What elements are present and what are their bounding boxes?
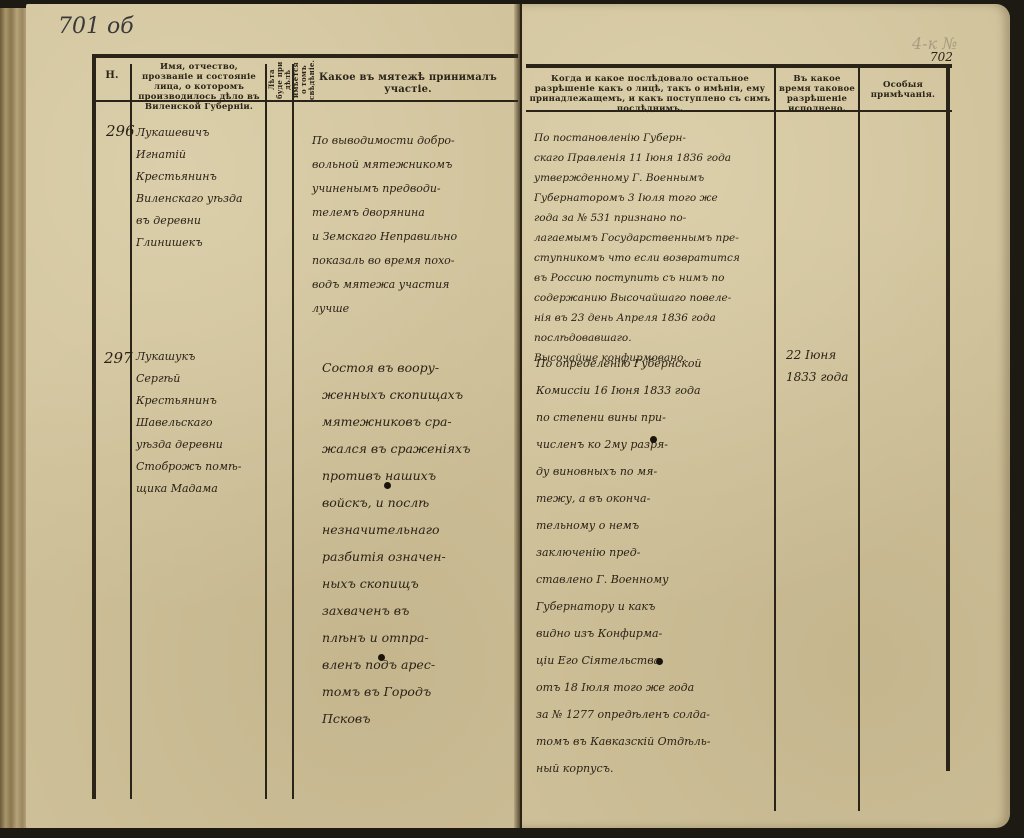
page-stack-edge [0,8,28,828]
participation-line: войскъ, и послѣ [322,489,470,516]
open-register-book: 701 об Н. Имя, отчество, прозваніе и сос… [0,0,1024,838]
binding-hole [384,482,391,489]
resolution-line: ціи Его Сіятельства [536,647,711,674]
entry-name-line: Стоброжъ помѣ- [136,456,241,478]
resolution-line: въ Россию поступить съ нимъ по [534,268,740,288]
entry-name-line: Лукашевичъ [136,122,243,144]
column-rule-3 [292,64,294,799]
participation-line: разбитія означен- [322,543,470,570]
entry-name-line: Сергѣй [136,368,241,390]
entry-name-line: уѣзда деревни [136,434,241,456]
entry-name-block: Лукашевичъ Игнатій Крестьянинъ Виленскаг… [136,122,243,254]
resolution-line: за № 1277 опредѣленъ солда- [536,701,711,728]
entry-number: 296 [106,122,135,140]
resolution-line: нія въ 23 день Апреля 1836 года [534,308,740,328]
resolution-line: ду виновныхъ по мя- [536,458,711,485]
resolution-line: послѣдовавшаго. [534,328,740,348]
participation-line: водъ мятежа участия [312,273,457,297]
participation-line: вленъ подъ арес- [322,651,470,678]
resolution-line: Губернаторомъ 3 Іюля того же [534,188,740,208]
participation-line: захваченъ въ [322,597,470,624]
resolution-line: по степени вины при- [536,404,711,431]
participation-line: вольной мятежникомъ [312,153,457,177]
participation-line: плѣнъ и отпра- [322,624,470,651]
participation-line: показаль во время похо- [312,249,457,273]
resolution-line: По постановленію Губерн- [534,128,740,148]
header-top-rule [94,54,518,58]
entry-name-line: Виленскаго уѣзда [136,188,243,210]
entry-name-line: Лукашукъ [136,346,241,368]
resolution-line: содержанию Высочайшаго повеле- [534,288,740,308]
resolution-line: По определенію Губернской [536,350,711,377]
column-rule-outer-left [92,54,96,799]
entry-participation-block: По выводимости добро- вольной мятежником… [312,129,457,321]
column-rule-2 [265,64,267,799]
participation-line: лучше [312,297,457,321]
participation-line: незначительнаго [322,516,470,543]
column-rule-outer-right [946,64,950,771]
resolution-line: тежу, а въ оконча- [536,485,711,512]
participation-line: томъ въ Городъ [322,678,470,705]
entry-number: 297 [104,349,133,367]
entry-name-line: Глинишекъ [136,232,243,254]
entry-resolution-block: По постановленію Губерн- скаго Правленія… [534,128,740,368]
participation-line: и Земскаго Неправильно [312,225,457,249]
binding-hole [378,654,385,661]
resolution-line: скаго Правленія 11 Іюня 1836 года [534,148,740,168]
resolution-line: Комиссіи 16 Іюня 1833 года [536,377,711,404]
resolution-line: тельному о немъ [536,512,711,539]
page-number: 702 [930,50,953,64]
resolution-line: ступникомъ что если возвратится [534,248,740,268]
binding-hole [650,436,657,443]
column-rule-1 [774,66,776,811]
resolution-line: заключенію пред- [536,539,711,566]
participation-line: женныхъ скопищахъ [322,381,470,408]
header-estate: Лѣта буде при дѣлѣ имѣется о томъ свѣдѣн… [268,60,290,100]
executed-line: 1833 года [786,366,848,388]
participation-line: противъ нашихъ [322,462,470,489]
entry-name-line: Игнатій [136,144,243,166]
resolution-line: Губернатору и какъ [536,593,711,620]
resolution-line: видно изъ Конфирма- [536,620,711,647]
right-page: 4-к № 702 Когда и какое послѣдовало оста… [522,4,1010,828]
header-name: Имя, отчество, прозваніе и состояніе лиц… [134,62,264,112]
participation-line: учиненымъ предводи- [312,177,457,201]
entry-name-line: въ деревни [136,210,243,232]
left-page: 701 об Н. Имя, отчество, прозваніе и сос… [26,4,520,828]
pencil-folio-mark: 701 об [58,14,134,39]
resolution-line: ный корпусъ. [536,755,711,782]
executed-line: 22 Іюня [786,344,848,366]
header-executed-when: Въ какое время таковое разрѣшеніе исполн… [778,74,856,114]
participation-line: По выводимости добро- [312,129,457,153]
resolution-line: отъ 18 Іюля того же года [536,674,711,701]
participation-line: телемъ дворянина [312,201,457,225]
resolution-line: года за № 531 признано по- [534,208,740,228]
participation-line: жался въ сраженіяхъ [322,435,470,462]
header-number: Н. [96,70,128,82]
header-remarks: Особыя примѣчанія. [862,80,944,100]
header-participation: Какое въ мятежѣ принималъ участіе. [298,72,518,96]
entry-participation-block: Состоя въ воору- женныхъ скопищахъ мятеж… [322,354,470,732]
entry-name-block: Лукашукъ Сергѣй Крестьянинъ Шавельскаго … [136,346,241,500]
resolution-line: ставлено Г. Военному [536,566,711,593]
entry-name-line: Крестьянинъ [136,166,243,188]
resolution-line: численъ ко 2му разря- [536,431,711,458]
binding-hole [656,658,663,665]
participation-line: Псковъ [322,705,470,732]
entry-executed-block: 22 Іюня 1833 года [786,344,848,388]
header-resolution: Когда и какое послѣдовало остальное разр… [528,74,772,114]
column-rule-2 [858,66,860,811]
entry-name-line: Шавельскаго [136,412,241,434]
participation-line: мятежниковъ сра- [322,408,470,435]
resolution-line: томъ въ Кавказскій Отдѣль- [536,728,711,755]
entry-resolution-block: По определенію Губернской Комиссіи 16 Ію… [536,350,711,782]
participation-line: Состоя въ воору- [322,354,470,381]
entry-name-line: Крестьянинъ [136,390,241,412]
participation-line: ныхъ скопищъ [322,570,470,597]
header-top-rule [526,64,952,68]
resolution-line: лагаемымъ Государственнымъ пре- [534,228,740,248]
column-rule-1 [130,64,132,799]
entry-name-line: щика Мадама [136,478,241,500]
resolution-line: утвержденному Г. Военнымъ [534,168,740,188]
